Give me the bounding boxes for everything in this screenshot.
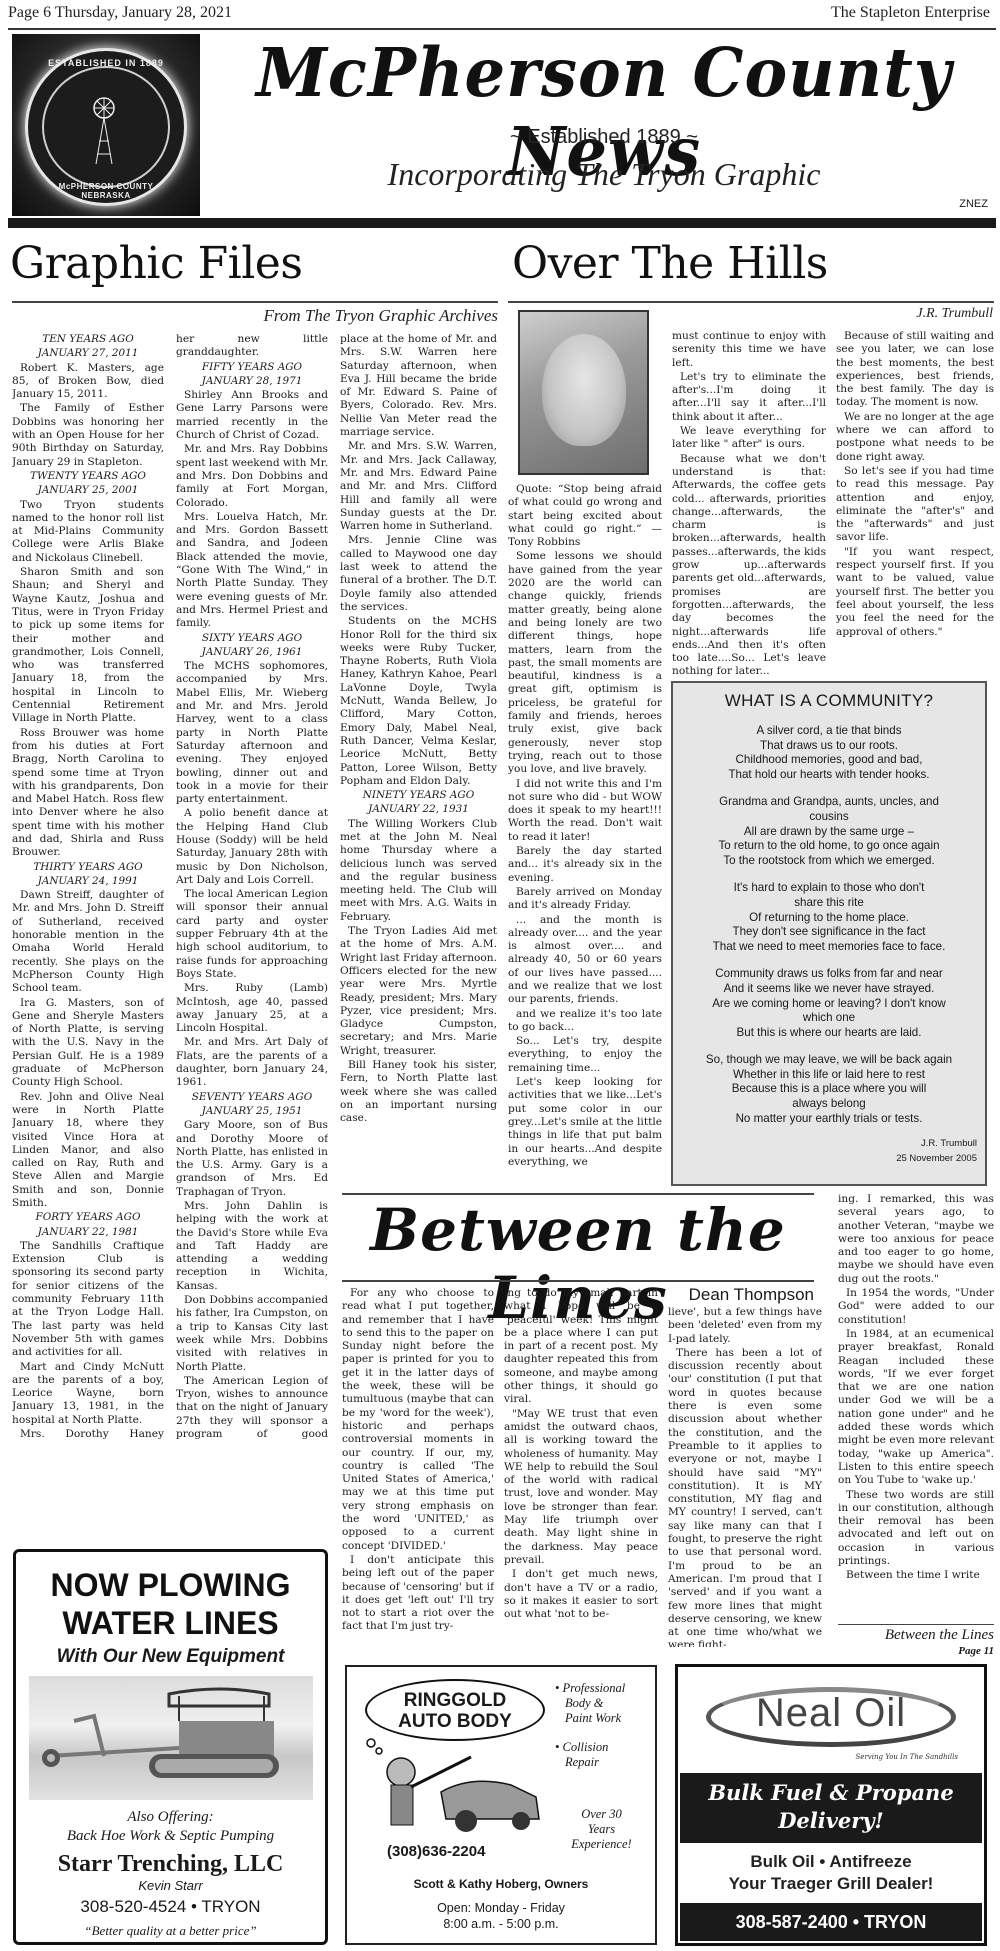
painter-car-cartoon-icon: [361, 1737, 551, 1842]
jump-title: Between the Lines: [838, 1627, 994, 1644]
section-title-graphic-files: Graphic Files: [10, 238, 302, 289]
ad-experience: Over 30 Years Experience!: [559, 1807, 644, 1852]
dateline-heading: FIFTY YEARS AGO: [176, 361, 328, 374]
dateline-heading: SEVENTY YEARS AGO: [176, 1091, 328, 1104]
article-paragraph: I don't anticipate this being left out o…: [342, 1554, 494, 1634]
dateline-heading: TWENTY YEARS AGO: [12, 470, 164, 483]
ad-headline-1: NOW PLOWING: [16, 1566, 325, 1604]
section-rule: [508, 301, 994, 303]
seal-text-bottom: McPHERSON COUNTY NEBRASKA: [40, 182, 172, 200]
dateline-heading: JANUARY 27, 2011: [12, 347, 164, 360]
over-the-hills-column-3: Because of still waiting and see you lat…: [836, 330, 994, 686]
article-paragraph: Because of still waiting and see you lat…: [836, 330, 994, 410]
article-paragraph: I don't get much news, don't have a TV o…: [504, 1568, 658, 1621]
jump-page-link[interactable]: Page 11: [838, 1645, 994, 1657]
article-paragraph: Some lessons we should have gained from …: [508, 550, 662, 776]
article-paragraph: We leave everything for later like " aft…: [672, 425, 826, 452]
article-paragraph: We are no longer at the age where we can…: [836, 411, 994, 464]
article-paragraph: Because what we don't understand is that…: [672, 453, 826, 679]
dateline-heading: SIXTY YEARS AGO: [176, 632, 328, 645]
article-paragraph: The Willing Workers Club met at the John…: [340, 818, 497, 924]
article-paragraph: Mrs. Jennie Cline was called to Maywood …: [340, 534, 497, 614]
columnist-photo: [518, 310, 649, 475]
ad-neal-oil: Neal Oil Serving You In The Sandhills Bu…: [675, 1664, 987, 1946]
article-paragraph: Bill Haney took his sister, Fern, to Nor…: [340, 1059, 497, 1125]
poem-stanza: Community draws us folks from far and ne…: [673, 967, 985, 1040]
dateline-heading: JANUARY 22, 1931: [340, 803, 497, 816]
experience-line: Experience!: [559, 1837, 644, 1852]
ad-ringgold-auto-body: RINGGOLD AUTO BODY • Professional Body &…: [345, 1665, 657, 1945]
ad-slogan: “Better quality at a better price”: [16, 1923, 325, 1939]
ad-name-line-1: RINGGOLD: [367, 1690, 543, 1711]
article-paragraph: So... Let's try, despite everything, to …: [508, 1035, 662, 1075]
hours-times: 8:00 a.m. - 5:00 p.m.: [347, 1916, 655, 1932]
ad-tagline: Serving You In The Sandhills: [856, 1753, 958, 1761]
article-paragraph: Gary Moore, son of Bus and Dorothy Moore…: [176, 1119, 328, 1199]
between-lines-column-4: ing. I remarked, this was several years …: [838, 1193, 994, 1623]
ad-contact-person: Kevin Starr: [16, 1878, 325, 1893]
article-paragraph: Quote: “Stop being afraid of what could …: [508, 483, 662, 549]
article-paragraph: The local American Legion will sponsor t…: [176, 888, 328, 981]
article-paragraph: The MCHS sophomores, accompanied by Mrs.…: [176, 660, 328, 806]
ad-phone: 308-520-4524 • TRYON: [16, 1897, 325, 1917]
service-item: • Collision: [555, 1740, 655, 1755]
ad-name-line-2: AUTO BODY: [367, 1711, 543, 1732]
graphic-files-column-1: TEN YEARS AGOJANUARY 27, 2011Robert K. M…: [12, 333, 164, 1439]
ad-also-offering: Also Offering:: [16, 1808, 325, 1827]
article-paragraph: ... and the month is already over.... an…: [508, 914, 662, 1007]
experience-line: Years: [559, 1822, 644, 1837]
ad-hours: Open: Monday - Friday 8:00 a.m. - 5:00 p…: [347, 1900, 655, 1932]
article-paragraph: There has been a lot of discussion recen…: [668, 1347, 822, 1647]
article-paragraph: ing. I remarked, this was several years …: [838, 1193, 994, 1286]
article-paragraph: Two Tryon students named to the honor ro…: [12, 499, 164, 565]
article-paragraph: ing to do my small part in what I hope w…: [504, 1287, 658, 1407]
ad-headline-2: WATER LINES: [16, 1604, 325, 1642]
jump-rule: [838, 1624, 994, 1625]
article-paragraph: Don Dobbins accompanied his father, Ira …: [176, 1294, 328, 1374]
article-paragraph: Mr. and Mrs. Ray Dobbins spent last week…: [176, 443, 328, 509]
article-paragraph: place at the home of Mr. and Mrs. S.W. W…: [340, 333, 497, 439]
article-paragraph: Ira G. Masters, son of Gene and Sheryle …: [12, 997, 164, 1090]
poem-date: 25 November 2005: [673, 1151, 977, 1166]
ad-phone: (308)636-2204: [387, 1843, 485, 1860]
header-rule: [8, 28, 996, 30]
over-the-hills-column-1: Quote: “Stop being afraid of what could …: [508, 483, 662, 1183]
service-item: Repair: [555, 1755, 655, 1770]
established-line: ~ Established 1889 ~: [214, 126, 994, 149]
section-rule: [12, 301, 498, 303]
service-item: Paint Work: [555, 1711, 655, 1726]
poem-stanza: A silver cord, a tie that bindsThat draw…: [673, 724, 985, 782]
article-paragraph: The American Legion of Tryon, wishes to …: [176, 1375, 328, 1439]
ad-phone: 308-587-2400 • TRYON: [680, 1903, 982, 1941]
article-paragraph: Mrs. John Dahlin is helping with the wor…: [176, 1200, 328, 1293]
dateline-heading: JANUARY 22, 1981: [12, 1226, 164, 1239]
dateline-heading: JANUARY 26, 1961: [176, 646, 328, 659]
article-paragraph: A polio benefit dance at the Helping Han…: [176, 807, 328, 887]
article-paragraph: must continue to enjoy with serenity thi…: [672, 330, 826, 370]
ad-services: Back Hoe Work & Septic Pumping: [16, 1827, 325, 1846]
columnist-byline: J.R. Trumbull: [830, 306, 993, 322]
portrait-face: [542, 334, 626, 446]
article-paragraph: In 1954 the words, "Under God" were adde…: [838, 1287, 994, 1327]
dateline-heading: NINETY YEARS AGO: [340, 789, 497, 802]
poem-signature: J.R. Trumbull 25 November 2005: [673, 1136, 985, 1166]
bulldozer-photo: [29, 1676, 313, 1800]
article-paragraph: Mrs. Dorothy Haney arrived home Thursday…: [12, 1428, 164, 1439]
article-paragraph: Barely arrived on Monday and it's alread…: [508, 886, 662, 913]
dateline-heading: TEN YEARS AGO: [12, 333, 164, 346]
service-item: Body &: [555, 1696, 655, 1711]
between-lines-column-1: For any who choose to read what I put to…: [342, 1287, 494, 1647]
article-paragraph: So let's see if you had time to read thi…: [836, 465, 994, 545]
service-item: • Professional: [555, 1681, 655, 1696]
poem-stanza: So, though we may leave, we will be back…: [673, 1053, 985, 1126]
article-paragraph: Mr. and Mrs. S.W. Warren, Mr. and Mrs. J…: [340, 440, 497, 533]
seal-text-top: ESTABLISHED IN 1889: [40, 58, 172, 68]
poem-stanza: It's hard to explain to those who don'ts…: [673, 881, 985, 954]
article-paragraph: The Tryon Ladies Aid met at the home of …: [340, 925, 497, 1058]
hours-days: Open: Monday - Friday: [347, 1900, 655, 1916]
graphic-files-column-2: her new little granddaughter.FIFTY YEARS…: [176, 333, 328, 1439]
ad-subheadline: With Our New Equipment: [16, 1646, 325, 1668]
section-title-over-the-hills: Over The Hills: [512, 238, 828, 289]
banner-line-2: Delivery!: [680, 1807, 982, 1835]
ad-logo-text: Neal Oil: [678, 1691, 984, 1736]
article-paragraph: and we realize it's too late to go back.…: [508, 1008, 662, 1035]
dateline-heading: JANUARY 24, 1991: [12, 875, 164, 888]
article-paragraph: Mr. and Mrs. Art Daly of Flats, are the …: [176, 1036, 328, 1089]
article-paragraph: Mart and Cindy McNutt are the parents of…: [12, 1361, 164, 1427]
article-paragraph: Barely the day started and... it's alrea…: [508, 845, 662, 885]
edition-code: ZNEZ: [959, 198, 988, 210]
ad-products: Bulk Oil • Antifreeze Your Traeger Grill…: [678, 1851, 984, 1895]
poem-author: J.R. Trumbull: [673, 1136, 977, 1151]
article-paragraph: For any who choose to read what I put to…: [342, 1287, 494, 1553]
dateline-heading: JANUARY 25, 1951: [176, 1105, 328, 1118]
masthead-bar: [8, 218, 996, 228]
article-paragraph: Let's try to eliminate the after's...I'm…: [672, 371, 826, 424]
ad-owners: Scott & Kathy Hoberg, Owners: [347, 1877, 655, 1891]
experience-line: Over 30: [559, 1807, 644, 1822]
ad-services-list: • Professional Body & Paint Work • Colli…: [555, 1681, 655, 1770]
article-paragraph: Robert K. Masters, age 85, of Broken Bow…: [12, 362, 164, 402]
ad-company-name: Starr Trenching, LLC: [16, 1851, 325, 1878]
bulldozer-icon: [29, 1676, 313, 1800]
banner-line-1: Bulk Fuel & Propane: [680, 1779, 982, 1807]
dateline-heading: JANUARY 28, 1971: [176, 375, 328, 388]
article-paragraph: Rev. John and Olive Neal were in North P…: [12, 1091, 164, 1211]
column-author: Dean Thompson: [680, 1285, 814, 1305]
article-paragraph: The Family of Esther Dobbins was honorin…: [12, 402, 164, 468]
article-paragraph: Sharon Smith and son Shaun; and Sheryl a…: [12, 566, 164, 726]
between-lines-column-3: lieve', but a few things have been 'dele…: [668, 1306, 822, 1647]
windmill-icon: [84, 96, 124, 166]
ad-starr-trenching: NOW PLOWING WATER LINES With Our New Equ…: [13, 1549, 328, 1945]
archives-kicker: From The Tryon Graphic Archives: [12, 306, 498, 326]
section-rule: [342, 1193, 814, 1195]
dateline-heading: THIRTY YEARS AGO: [12, 861, 164, 874]
article-paragraph: The Sandhills Craftique Extension Club i…: [12, 1240, 164, 1360]
article-paragraph: Between the time I write: [838, 1569, 994, 1582]
products-line-2: Your Traeger Grill Dealer!: [678, 1873, 984, 1895]
article-paragraph: Shirley Ann Brooks and Gene Larry Parson…: [176, 389, 328, 442]
products-line-1: Bulk Oil • Antifreeze: [678, 1851, 984, 1873]
between-lines-column-2: ing to do my small part in what I hope w…: [504, 1287, 658, 1647]
article-paragraph: "If you want respect, respect yourself f…: [836, 546, 994, 639]
article-paragraph: Students on the MCHS Honor Roll for the …: [340, 615, 497, 788]
dateline-heading: JANUARY 25, 2001: [12, 484, 164, 497]
article-paragraph: Mrs. Ruby (Lamb) McIntosh, age 40, passe…: [176, 982, 328, 1035]
article-paragraph: lieve', but a few things have been 'dele…: [668, 1306, 822, 1346]
article-paragraph: In 1984, at an ecumenical prayer breakfa…: [838, 1328, 994, 1488]
ad-banner: Bulk Fuel & Propane Delivery!: [680, 1773, 982, 1843]
publication-name: The Stapleton Enterprise: [831, 4, 990, 22]
article-paragraph: These two words are still in our constit…: [838, 1489, 994, 1569]
ad-logo-bubble: RINGGOLD AUTO BODY: [365, 1679, 545, 1741]
section-rule: [342, 1280, 814, 1282]
article-paragraph: I did not write this and I'm not sure wh…: [508, 778, 662, 844]
article-paragraph: "May WE trust that even amidst the outwa…: [504, 1408, 658, 1568]
article-paragraph: Dawn Streiff, daughter of Mr. and Mrs. J…: [12, 889, 164, 995]
incorporating-line: Incorporating The Tryon Graphic: [214, 156, 994, 193]
poem-stanzas: A silver cord, a tie that bindsThat draw…: [673, 724, 985, 1126]
article-paragraph: Ross Brouwer was home from his duties at…: [12, 727, 164, 860]
over-the-hills-column-2: must continue to enjoy with serenity thi…: [672, 330, 826, 686]
dateline-heading: FORTY YEARS AGO: [12, 1211, 164, 1224]
article-paragraph: Let's keep looking for activities that w…: [508, 1076, 662, 1169]
poem-stanza: Grandma and Grandpa, aunts, uncles, andc…: [673, 795, 985, 868]
article-paragraph: Mrs. Louelva Hatch, Mr. and Mrs. Gordon …: [176, 511, 328, 631]
article-paragraph: her new little granddaughter.: [176, 333, 328, 360]
page-date-header: Page 6 Thursday, January 28, 2021: [8, 4, 232, 22]
poem-box: WHAT IS A COMMUNITY? A silver cord, a ti…: [671, 681, 987, 1186]
graphic-files-column-3: place at the home of Mr. and Mrs. S.W. W…: [340, 333, 497, 1193]
poem-title: WHAT IS A COMMUNITY?: [673, 691, 985, 711]
